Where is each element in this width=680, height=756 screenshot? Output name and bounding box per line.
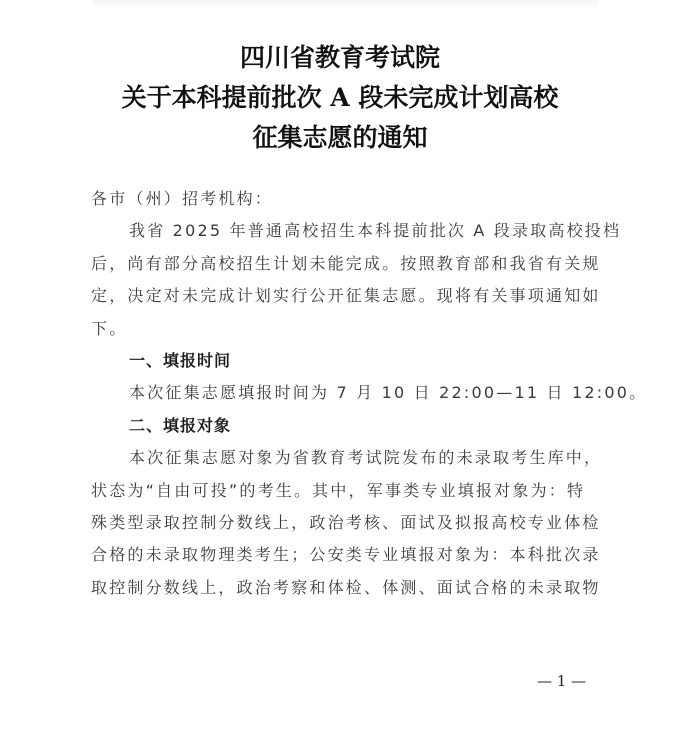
paragraph-line: 合格的未录取物理类考生；公安类专业填报对象为：本科批次录 bbox=[91, 539, 597, 571]
intro-paragraph: 我省 2025 年普通高校招生本科提前批次 A 段录取高校投档 后，尚有部分高校… bbox=[91, 215, 597, 345]
paragraph-line: 定，决定对未完成计划实行公开征集志愿。现将有关事项通知如 bbox=[91, 280, 597, 312]
document-page: 四川省教育考试院 关于本科提前批次 A 段未完成计划高校 征集志愿的通知 各市（… bbox=[0, 0, 680, 756]
page-number: — 1 — bbox=[537, 672, 586, 690]
paragraph-line: 后，尚有部分高校招生计划未能完成。按照教育部和我省有关规 bbox=[91, 248, 597, 280]
paragraph-line: 本次征集志愿填报时间为 7 月 10 日 22:00—11 日 12:00。 bbox=[91, 377, 597, 409]
section-heading: 二、填报对象 bbox=[91, 410, 597, 442]
paragraph-line: 状态为“自由可投”的考生。其中，军事类专业填报对象为：特 bbox=[91, 475, 597, 507]
salutation: 各市（州）招考机构： bbox=[91, 183, 597, 215]
title-line-notice: 征集志愿的通知 bbox=[0, 118, 680, 158]
document-title: 四川省教育考试院 关于本科提前批次 A 段未完成计划高校 征集志愿的通知 bbox=[0, 38, 680, 158]
title-line-subject: 关于本科提前批次 A 段未完成计划高校 bbox=[0, 78, 680, 118]
title-line-issuer: 四川省教育考试院 bbox=[0, 38, 680, 78]
paragraph-line: 本次征集志愿对象为省教育考试院发布的未录取考生库中， bbox=[91, 442, 597, 474]
paragraph-line: 殊类型录取控制分数线上，政治考核、面试及拟报高校专业体检 bbox=[91, 507, 597, 539]
document-body: 各市（州）招考机构： 我省 2025 年普通高校招生本科提前批次 A 段录取高校… bbox=[91, 183, 597, 604]
paragraph-line: 下。 bbox=[91, 313, 597, 345]
section-heading: 一、填报时间 bbox=[91, 345, 597, 377]
paragraph-line: 取控制分数线上，政治考察和体检、体测、面试合格的未录取物 bbox=[91, 572, 597, 604]
paragraph-line: 我省 2025 年普通高校招生本科提前批次 A 段录取高校投档 bbox=[91, 215, 597, 247]
section-filing-time: 一、填报时间 本次征集志愿填报时间为 7 月 10 日 22:00—11 日 1… bbox=[91, 345, 597, 410]
section-eligible-candidates: 二、填报对象 本次征集志愿对象为省教育考试院发布的未录取考生库中， 状态为“自由… bbox=[91, 410, 597, 604]
